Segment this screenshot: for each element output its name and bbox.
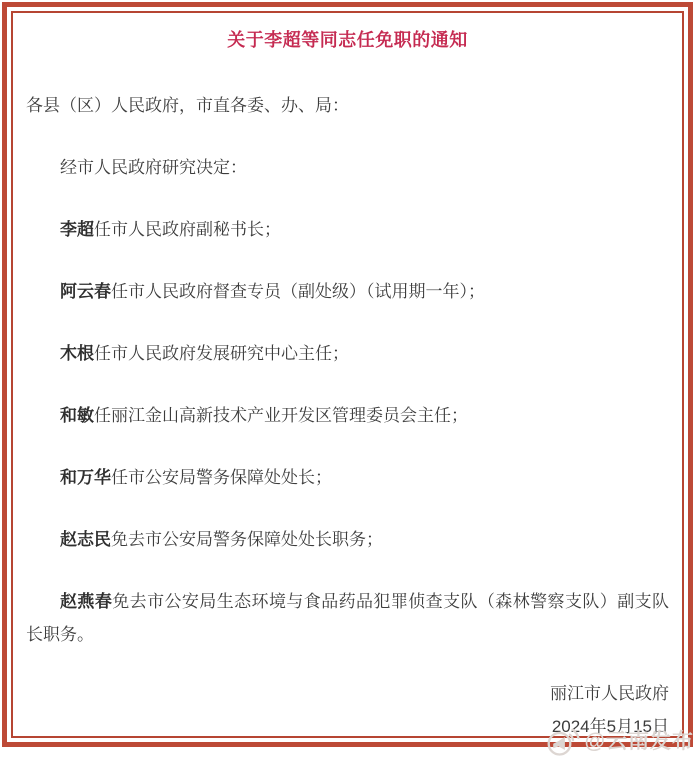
person-name: 赵志民 (60, 530, 111, 549)
appointment-item: 和敏任丽江金山高新技术产业开发区管理委员会主任； (26, 399, 669, 432)
issue-date: 2024年5月15日 (26, 710, 669, 743)
notice-frame: 关于李超等同志任免职的通知 各县（区）人民政府，市直各委、办、局： 经市人民政府… (2, 2, 693, 747)
person-name: 和敏 (60, 406, 94, 425)
appointment-text: 任市人民政府发展研究中心主任； (94, 344, 349, 363)
appointment-item: 赵志民免去市公安局警务保障处处长职务； (26, 523, 669, 556)
appointment-text: 任丽江金山高新技术产业开发区管理委员会主任； (94, 406, 468, 425)
person-name: 李超 (60, 220, 94, 239)
notice-inner-frame: 关于李超等同志任免职的通知 各县（区）人民政府，市直各委、办、局： 经市人民政府… (11, 11, 684, 738)
person-name: 木根 (60, 344, 94, 363)
appointment-text: 任市人民政府督查专员（副处级）（试用期一年）； (111, 282, 485, 301)
appointment-item: 赵燕春免去市公安局生态环境与食品药品犯罪侦查支队（森林警察支队）副支队长职务。 (26, 585, 669, 651)
issuer-signature: 丽江市人民政府 (26, 677, 669, 710)
appointment-item: 木根任市人民政府发展研究中心主任； (26, 337, 669, 370)
appointment-text: 任市公安局警务保障处处长； (111, 468, 332, 487)
salutation-line: 各县（区）人民政府，市直各委、办、局： (26, 89, 669, 122)
person-name: 赵燕春 (60, 592, 112, 611)
appointment-item: 和万华任市公安局警务保障处处长； (26, 461, 669, 494)
person-name: 阿云春 (60, 282, 111, 301)
appointment-text: 免去市公安局生态环境与食品药品犯罪侦查支队（森林警察支队）副支队长职务。 (26, 592, 669, 644)
notice-title: 关于李超等同志任免职的通知 (26, 27, 669, 53)
appointment-item: 阿云春任市人民政府督查专员（副处级）（试用期一年）； (26, 275, 669, 308)
intro-line: 经市人民政府研究决定： (26, 151, 669, 184)
person-name: 和万华 (60, 468, 111, 487)
appointment-text: 任市人民政府副秘书长； (94, 220, 281, 239)
appointment-text: 免去市公安局警务保障处处长职务； (111, 530, 383, 549)
appointment-item: 李超任市人民政府副秘书长； (26, 213, 669, 246)
